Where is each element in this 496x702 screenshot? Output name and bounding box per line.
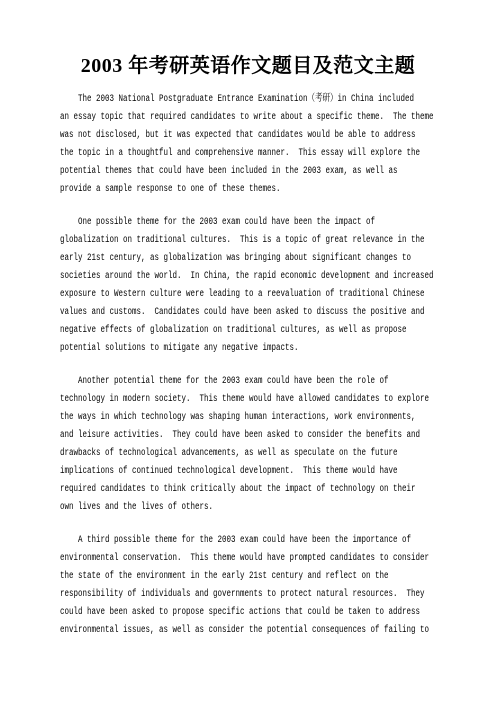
- text-line: One possible theme for the 2003 exam cou…: [60, 214, 437, 232]
- document-body: The 2003 National Postgraduate Entrance …: [60, 91, 437, 640]
- text-line: the ways in which technology was shaping…: [60, 409, 437, 427]
- text-line: A third possible theme for the 2003 exam…: [60, 532, 437, 550]
- document-title: 2003 年考研英语作文题目及范文主题: [0, 53, 496, 79]
- text-line: could have been asked to propose specifi…: [60, 604, 437, 622]
- text-line: societies around the world. In China, th…: [60, 268, 437, 286]
- text-line: negative effects of globalization on tra…: [60, 322, 437, 340]
- text-line: implications of continued technological …: [60, 463, 437, 481]
- text-line: environmental issues, as well as conside…: [60, 622, 437, 640]
- text-line: globalization on traditional cultures. T…: [60, 232, 437, 250]
- text-line: the topic in a thoughtful and comprehens…: [60, 145, 437, 163]
- text-line: provide a sample response to one of thes…: [60, 181, 437, 199]
- paragraph: One possible theme for the 2003 exam cou…: [60, 214, 437, 358]
- text-line: required candidates to think critically …: [60, 481, 437, 499]
- text-line: Another potential theme for the 2003 exa…: [60, 373, 437, 391]
- text-line: drawbacks of technological advancements,…: [60, 445, 437, 463]
- document-page: 2003 年考研英语作文题目及范文主题 The 2003 National Po…: [0, 0, 496, 702]
- text-line: potential solutions to mitigate any nega…: [60, 340, 437, 358]
- paragraph: The 2003 National Postgraduate Entrance …: [60, 91, 437, 199]
- text-line: values and customs. Candidates could hav…: [60, 304, 437, 322]
- text-line: The 2003 National Postgraduate Entrance …: [60, 91, 437, 109]
- text-line: early 21st century, as globalization was…: [60, 250, 437, 268]
- text-line: the state of the environment in the earl…: [60, 568, 437, 586]
- text-line: an essay topic that required candidates …: [60, 109, 437, 127]
- text-line: technology in modern society. This theme…: [60, 391, 437, 409]
- paragraph: Another potential theme for the 2003 exa…: [60, 373, 437, 517]
- text-line: exposure to Western culture were leading…: [60, 286, 437, 304]
- text-line: own lives and the lives of others.: [60, 499, 437, 517]
- text-line: responsibility of individuals and govern…: [60, 586, 437, 604]
- text-line: potential themes that could have been in…: [60, 163, 437, 181]
- paragraph: A third possible theme for the 2003 exam…: [60, 532, 437, 640]
- text-line: and leisure activities. They could have …: [60, 427, 437, 445]
- text-line: environmental conservation. This theme w…: [60, 550, 437, 568]
- text-line: was not disclosed, but it was expected t…: [60, 127, 437, 145]
